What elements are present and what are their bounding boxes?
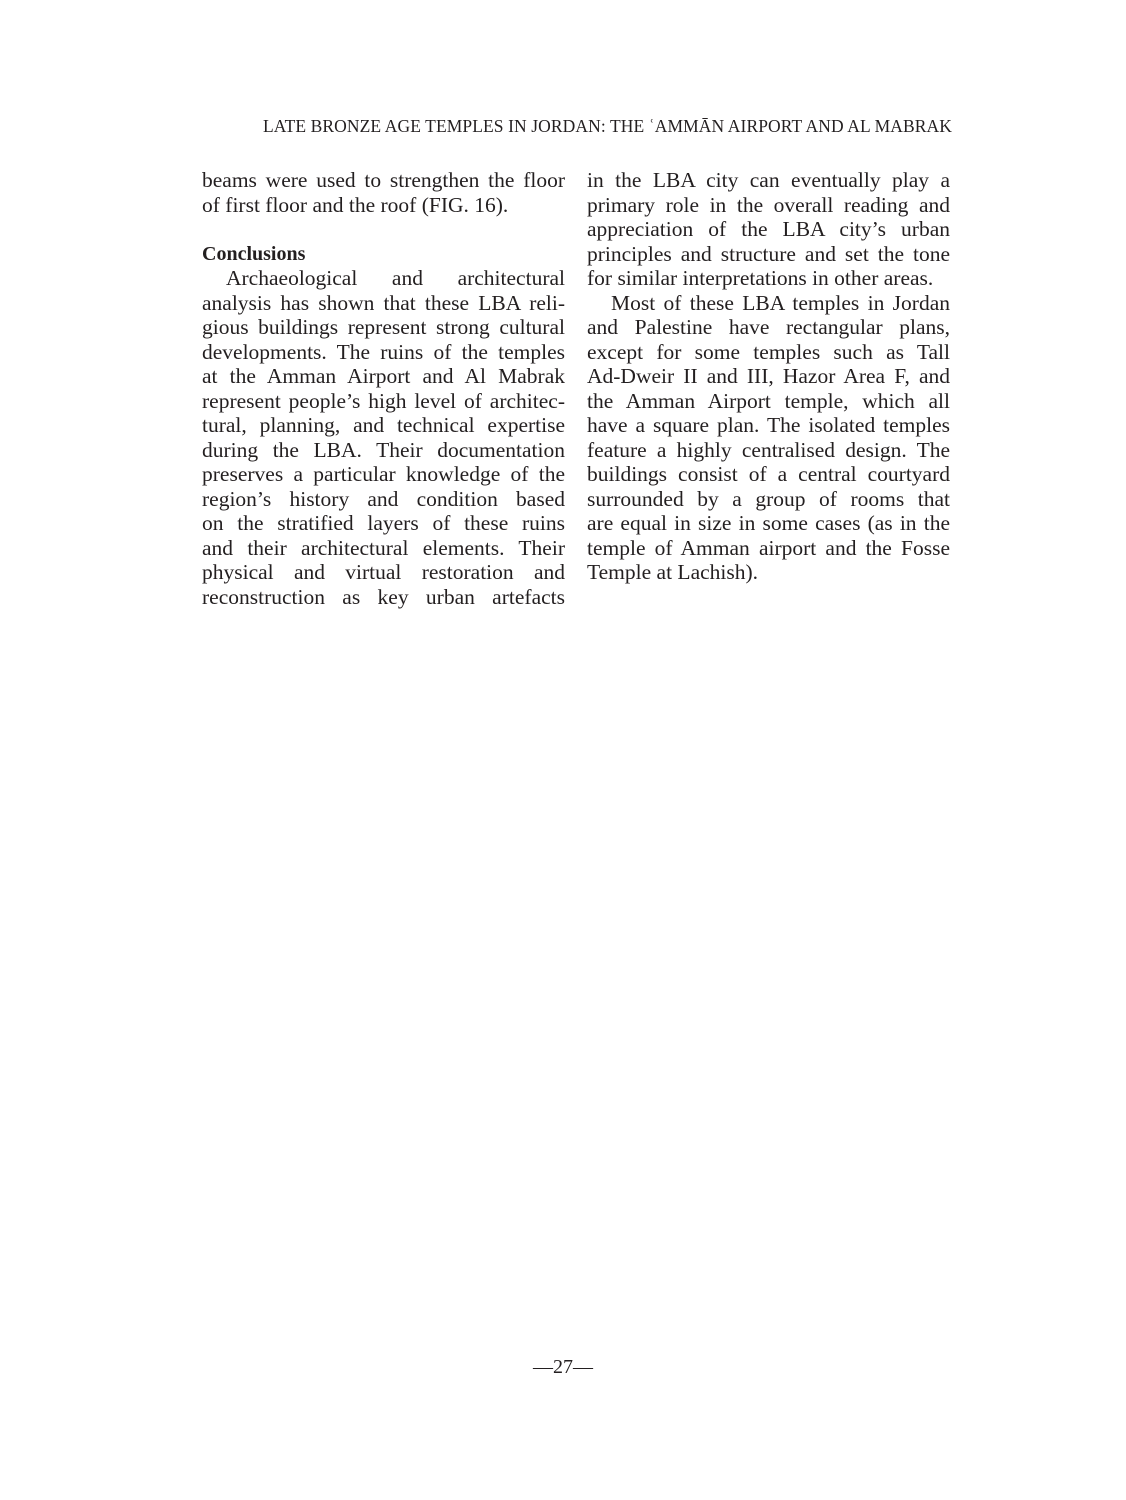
body-line: and their architectural elements. Their: [202, 536, 565, 561]
body-line: feature a highly centralised design. The: [587, 438, 950, 463]
body-line: Most of these LBA temples in Jordan: [587, 291, 950, 316]
body-line: tural, planning, and technical expertise: [202, 413, 565, 438]
body-line: physical and virtual restoration and: [202, 560, 565, 585]
body-line: surrounded by a group of rooms that: [587, 487, 950, 512]
body-line: and Palestine have rectangular plans,: [587, 315, 950, 340]
body-line: of first floor and the roof (FIG. 16).: [202, 193, 565, 218]
body-line: have a square plan. The isolated temples: [587, 413, 950, 438]
body-line: the Amman Airport temple, which all: [587, 389, 950, 414]
body-line: at the Amman Airport and Al Mabrak: [202, 364, 565, 389]
body-line: except for some temples such as Tall: [587, 340, 950, 365]
body-line: developments. The ruins of the temples: [202, 340, 565, 365]
body-line: beams were used to strengthen the floor: [202, 168, 565, 193]
right-column: in the LBA city can eventually play a pr…: [587, 168, 950, 585]
body-line: principles and structure and set the ton…: [587, 242, 950, 267]
body-line: represent people’s high level of archite…: [202, 389, 565, 414]
body-line: in the LBA city can eventually play a: [587, 168, 950, 193]
page-number: —27—: [0, 1356, 1126, 1379]
body-line: are equal in size in some cases (as in t…: [587, 511, 950, 536]
body-line: for similar interpretations in other are…: [587, 266, 950, 291]
left-column: beams were used to strengthen the floor …: [202, 168, 565, 609]
body-line: preserves a particular knowledge of the: [202, 462, 565, 487]
body-line: appreciation of the LBA city’s urban: [587, 217, 950, 242]
body-line: temple of Amman airport and the Fosse: [587, 536, 950, 561]
body-line: Archaeological and architectural: [202, 266, 565, 291]
body-line: Ad-Dweir II and III, Hazor Area F, and: [587, 364, 950, 389]
body-line: on the stratified layers of these ruins: [202, 511, 565, 536]
section-heading: Conclusions: [202, 242, 565, 267]
body-line: Temple at Lachish).: [587, 560, 950, 585]
running-head: LATE BRONZE AGE TEMPLES IN JORDAN: THE ʿ…: [226, 116, 952, 137]
document-page: LATE BRONZE AGE TEMPLES IN JORDAN: THE ʿ…: [0, 0, 1126, 1500]
body-line: during the LBA. Their documentation: [202, 438, 565, 463]
body-line: analysis has shown that these LBA reli-: [202, 291, 565, 316]
body-line: primary role in the overall reading and: [587, 193, 950, 218]
body-line: reconstruction as key urban artefacts: [202, 585, 565, 610]
body-line: gious buildings represent strong cultura…: [202, 315, 565, 340]
paragraph-gap: [202, 217, 565, 242]
body-line: buildings consist of a central courtyard: [587, 462, 950, 487]
body-line: region’s history and condition based: [202, 487, 565, 512]
